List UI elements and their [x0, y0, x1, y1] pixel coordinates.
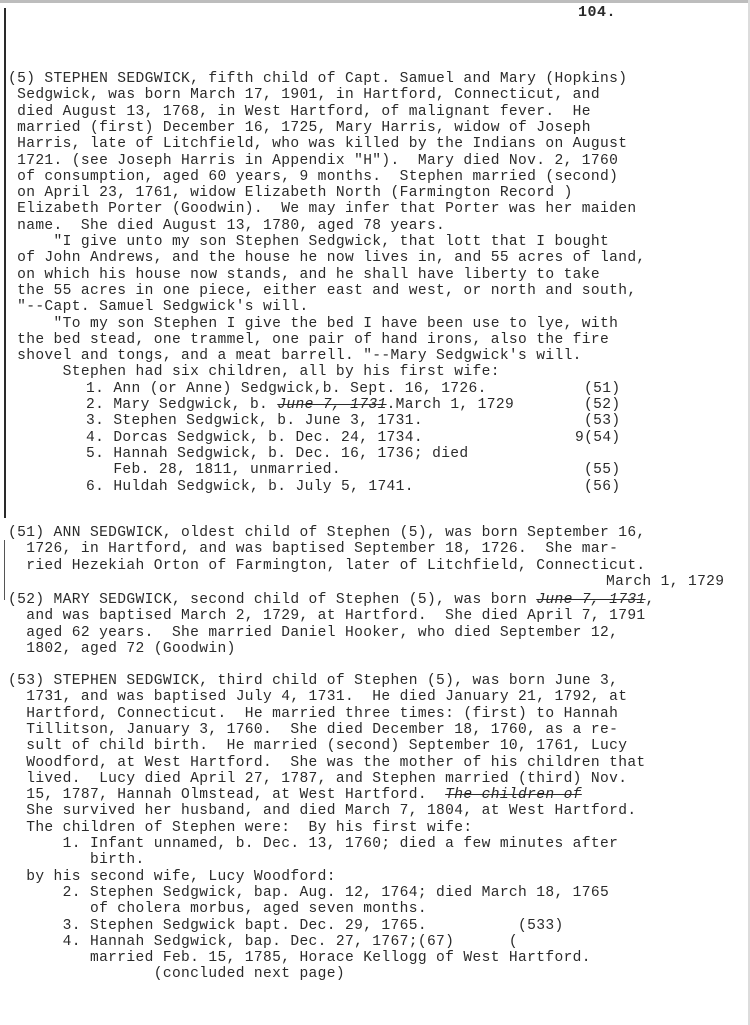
- child-reference-number: (53): [584, 413, 620, 429]
- entry-53-line: 1731, and was baptised July 4, 1731. He …: [8, 689, 627, 705]
- entry-52-line: and was baptised March 2, 1729, at Hartf…: [8, 608, 646, 624]
- entry-5-line: of consumption, aged 60 years, 9 months.…: [8, 169, 618, 185]
- entry-5-line: Elizabeth Porter (Goodwin). We may infer…: [8, 201, 636, 217]
- entry-53-line: She survived her husband, and died March…: [8, 803, 636, 819]
- entry-53-line: 4. Hannah Sedgwick, bap. Dec. 27, 1767;(…: [8, 934, 518, 950]
- child-reference-number: (55): [584, 462, 620, 478]
- page-number: 104.: [578, 4, 616, 21]
- entry-53-line: 2. Stephen Sedgwick, bap. Aug. 12, 1764;…: [8, 885, 609, 901]
- entry-53-line: The children of Stephen were: By his fir…: [8, 820, 473, 836]
- handwritten-insertion: March 1, 1729: [606, 574, 724, 590]
- entry-53-line: (concluded next page): [8, 966, 345, 982]
- struck-text: June 7, 1731: [277, 397, 386, 413]
- entry-51-line: 1726, in Hartford, and was baptised Sept…: [8, 541, 618, 557]
- entry-52-line: 1802, aged 72 (Goodwin): [8, 641, 236, 657]
- entry-53-line: birth.: [8, 852, 145, 868]
- entry-5-line: Sedgwick, was born March 17, 1901, in Ha…: [8, 87, 600, 103]
- entry-53-line: Hartford, Connecticut. He married three …: [8, 706, 618, 722]
- entry-53-line: sult of child birth. He married (second)…: [8, 738, 627, 754]
- entry-5-line: 1721. (see Joseph Harris in Appendix "H"…: [8, 153, 618, 169]
- entry-5-line: "To my son Stephen I give the bed I have…: [8, 316, 618, 332]
- entry-5-line: (5) STEPHEN SEDGWICK, fifth child of Cap…: [8, 71, 627, 87]
- entry-5-line: shovel and tongs, and a meat barrell. "-…: [8, 348, 582, 364]
- child-list-item: 2. Mary Sedgwick, b. June 7, 1731.March …: [86, 397, 514, 413]
- child-list-item: 6. Huldah Sedgwick, b. July 5, 1741.: [86, 479, 414, 495]
- entry-53-line: of cholera morbus, aged seven months.: [8, 901, 427, 917]
- entry-53-line: by his second wife, Lucy Woodford:: [8, 869, 336, 885]
- child-list-item: 4. Dorcas Sedgwick, b. Dec. 24, 1734.: [86, 430, 423, 446]
- entry-51-line: (51) ANN SEDGWICK, oldest child of Steph…: [8, 525, 646, 541]
- child-list-item: 5. Hannah Sedgwick, b. Dec. 16, 1736; di…: [86, 446, 469, 462]
- entry-5-line: Harris, late of Litchfield, who was kill…: [8, 136, 627, 152]
- entry-5-line: "I give unto my son Stephen Sedgwick, th…: [8, 234, 609, 250]
- child-reference-number: (52): [584, 397, 620, 413]
- entry-51-line: ried Hezekiah Orton of Farmington, later…: [8, 558, 646, 574]
- entry-5-line: of John Andrews, and the house he now li…: [8, 250, 646, 266]
- child-list-item: Feb. 28, 1811, unmarried.: [86, 462, 341, 478]
- entry-53-line: Woodford, at West Hartford. She was the …: [8, 755, 646, 771]
- left-margin-rule: [4, 8, 6, 518]
- child-reference-number: (51): [584, 381, 620, 397]
- struck-text: The children of: [445, 787, 582, 803]
- entry-53-line: 1. Infant unnamed, b. Dec. 13, 1760; die…: [8, 836, 618, 852]
- entry-5-line: "--Capt. Samuel Sedgwick's will.: [8, 299, 309, 315]
- page-top-edge: [0, 0, 750, 3]
- entry-5-line: married (first) December 16, 1725, Mary …: [8, 120, 591, 136]
- entry-53-line: married Feb. 15, 1785, Horace Kellogg of…: [8, 950, 591, 966]
- entry-53-line: Tillitson, January 3, 1760. She died Dec…: [8, 722, 618, 738]
- entry-53-line: 3. Stephen Sedgwick bapt. Dec. 29, 1765.…: [8, 918, 564, 934]
- entry-5-line: on April 23, 1761, widow Elizabeth North…: [8, 185, 573, 201]
- child-reference-number: (56): [584, 479, 620, 495]
- entry-5-line: the 55 acres in one piece, either east a…: [8, 283, 636, 299]
- left-margin-rule-lower: [4, 540, 5, 600]
- entry-5-line: name. She died August 13, 1780, aged 78 …: [8, 218, 445, 234]
- entry-52-line: aged 62 years. She married Daniel Hooker…: [8, 625, 618, 641]
- entry-5-line: died August 13, 1768, in West Hartford, …: [8, 104, 591, 120]
- entry-5-line: on which his house now stands, and he sh…: [8, 267, 600, 283]
- child-list-item: 3. Stephen Sedgwick, b. June 3, 1731.: [86, 413, 423, 429]
- entry-5-line: Stephen had six children, all by his fir…: [8, 364, 500, 380]
- struck-text: June 7, 1731: [536, 592, 645, 608]
- entry-53-line: (53) STEPHEN SEDGWICK, third child of St…: [8, 673, 618, 689]
- entry-53-line: lived. Lucy died April 27, 1787, and Ste…: [8, 771, 627, 787]
- entry-5-line: the bed stead, one trammel, one pair of …: [8, 332, 609, 348]
- child-reference-number: 9(54): [575, 430, 621, 446]
- child-list-item: 1. Ann (or Anne) Sedgwick,b. Sept. 16, 1…: [86, 381, 487, 397]
- entry-52-line: (52) MARY SEDGWICK, second child of Step…: [8, 592, 655, 608]
- entry-53-line: 15, 1787, Hannah Olmstead, at West Hartf…: [8, 787, 582, 803]
